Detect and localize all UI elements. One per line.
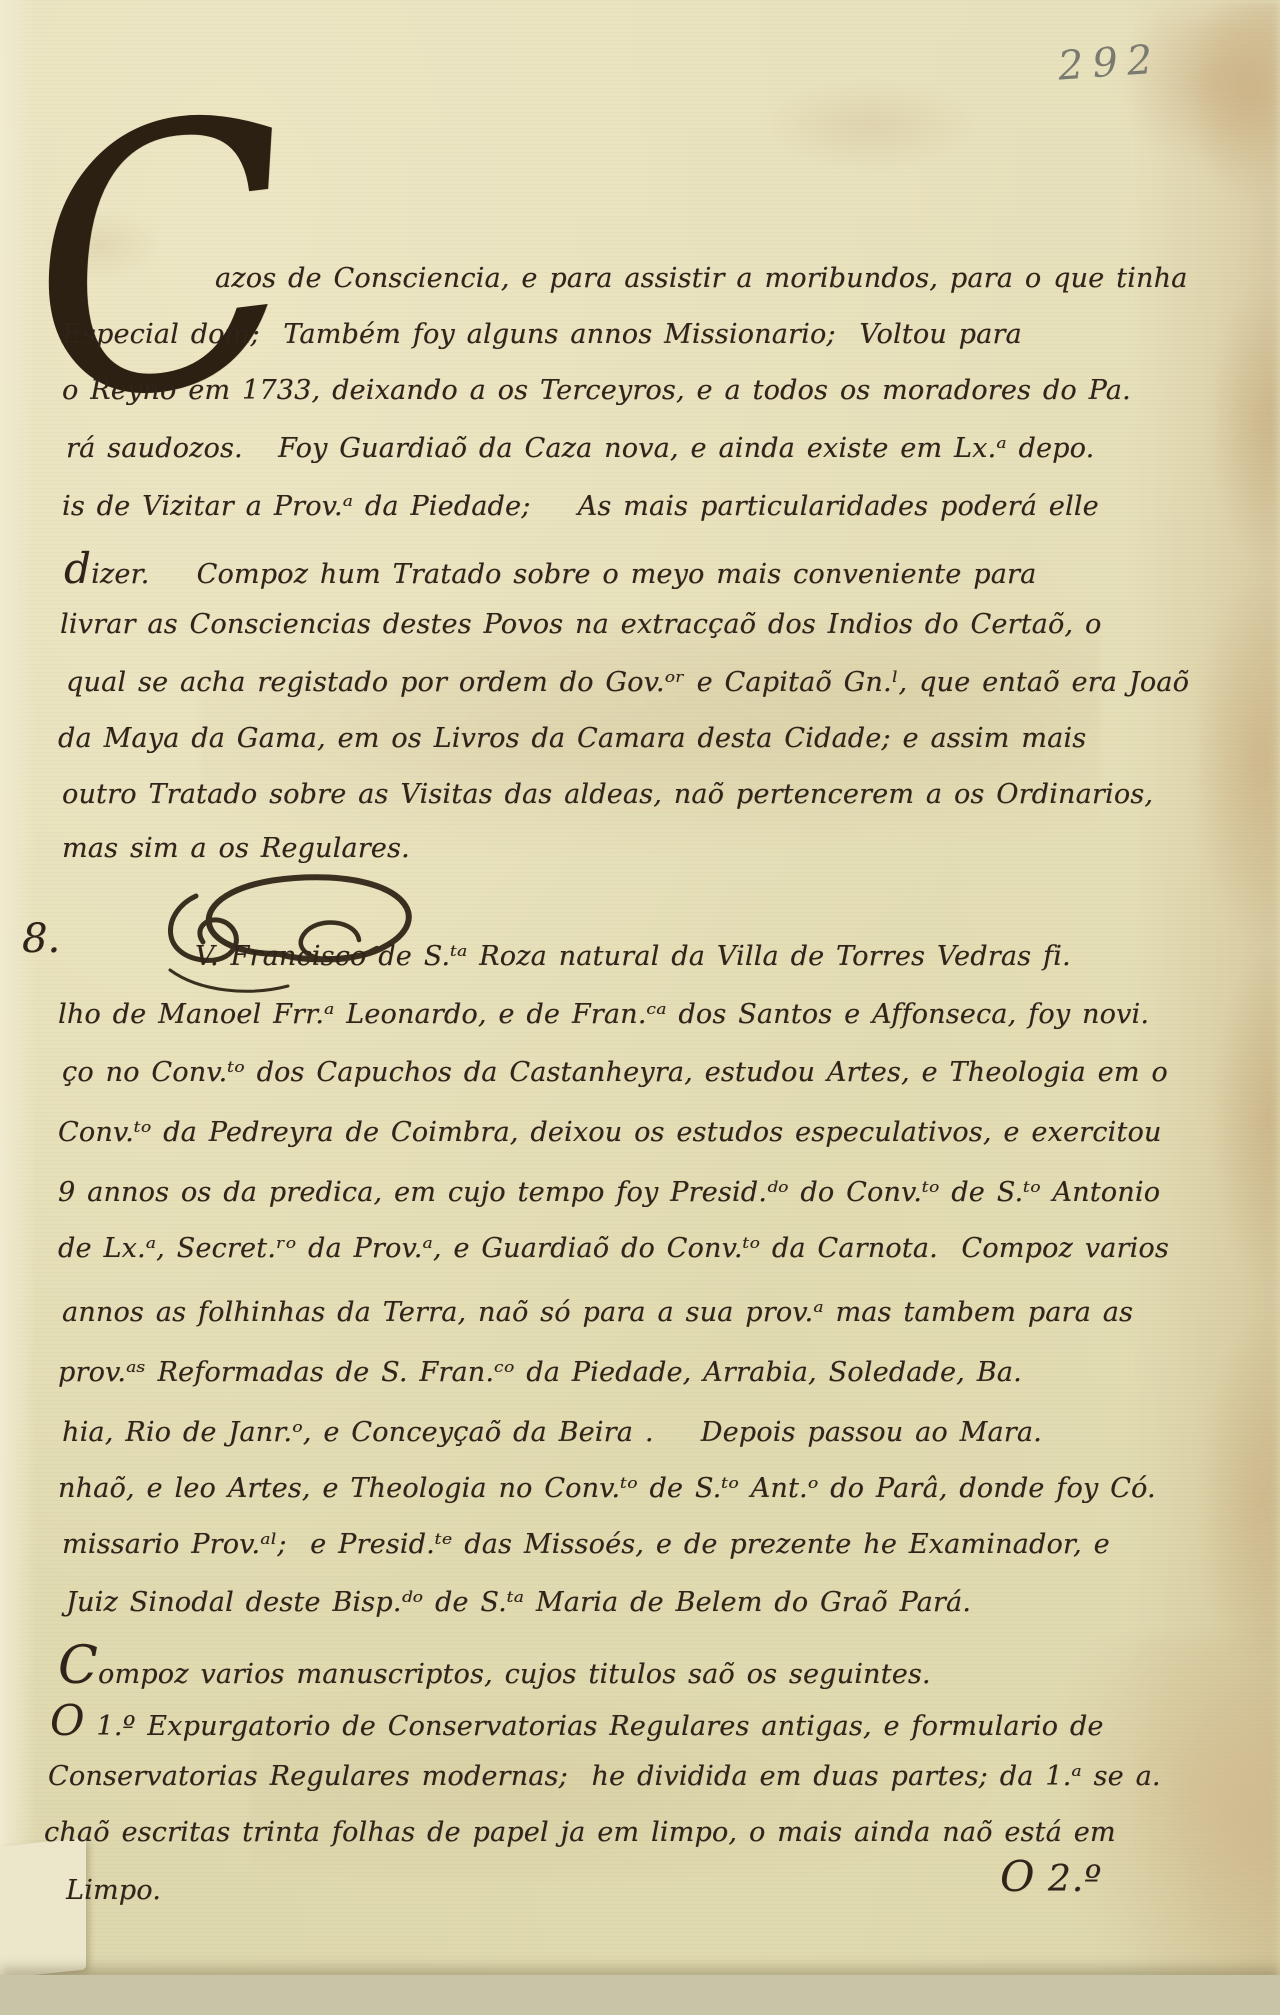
margin-entry-number: 8. xyxy=(22,916,60,962)
manuscript-line: Conv.ᵗᵒ da Pedreyra de Coimbra, deixou o… xyxy=(58,1116,1162,1150)
folio-number: 292 xyxy=(1057,36,1163,89)
manuscript-line: lho de Manoel Frr.ᵃ Leonardo, e de Fran.… xyxy=(58,998,1149,1032)
manuscript-line: V. Francisco de S.ᵗᵃ Roza natural da Vil… xyxy=(195,940,1071,974)
manuscript-line: Juiz Sinodal deste Bisp.ᵈᵒ de S.ᵗᵃ Maria… xyxy=(66,1586,971,1620)
manuscript-line: ço no Conv.ᵗᵒ dos Capuchos da Castanheyr… xyxy=(62,1056,1168,1090)
calligraphic-flourish xyxy=(130,858,450,1008)
manuscript-line: Especial dom; Também foy alguns annos Mi… xyxy=(62,318,1022,352)
manuscript-line: qual se acha registado por ordem do Gov.… xyxy=(66,666,1189,700)
paper-gutter-edge xyxy=(0,0,36,2015)
manuscript-line: 9 annos os da predica, em cujo tempo foy… xyxy=(58,1176,1160,1210)
manuscript-line: de Lx.ᵃ, Secret.ʳᵒ da Prov.ᵃ, e Guardiaõ… xyxy=(58,1232,1169,1266)
paper-deckle-edge xyxy=(1130,0,1280,2015)
manuscript-line: Conservatorias Regulares modernas; he di… xyxy=(48,1760,1161,1794)
manuscript-line: o Reyno em 1733, deixando a os Terceyros… xyxy=(62,374,1131,408)
manuscript-line: annos as folhinhas da Terra, naõ só para… xyxy=(62,1296,1133,1330)
manuscript-line: chaõ escritas trinta folhas de papel ja … xyxy=(44,1816,1116,1850)
manuscript-line: Compoz varios manuscriptos, cujos titulo… xyxy=(58,1640,931,1692)
manuscript-scan: 292 C azos de Consciencia, e para assist… xyxy=(0,0,1280,2015)
surface-below-page xyxy=(0,1975,1280,2015)
catchword: O 2.º xyxy=(1000,1856,1102,1900)
manuscript-line: dizer. Compoz hum Tratado sobre o meyo m… xyxy=(64,548,1036,592)
manuscript-line: rá saudozos. Foy Guardiaõ da Caza nova, … xyxy=(66,432,1094,466)
manuscript-line: missario Prov.ᵃˡ; e Presid.ᵗᵉ das Missoé… xyxy=(62,1528,1110,1562)
manuscript-line: nhaõ, e leo Artes, e Theologia no Conv.ᵗ… xyxy=(58,1472,1156,1506)
page-corner-fold xyxy=(0,1837,86,1978)
manuscript-line: azos de Consciencia, e para assistir a m… xyxy=(215,262,1187,296)
manuscript-line: O 1.º Expurgatorio de Conservatorias Reg… xyxy=(50,1700,1104,1744)
manuscript-line: is de Vizitar a Prov.ᵃ da Piedade; As ma… xyxy=(62,490,1099,524)
manuscript-line: Limpo. xyxy=(66,1874,161,1908)
manuscript-line: da Maya da Gama, em os Livros da Camara … xyxy=(58,722,1086,756)
manuscript-line: prov.ᵃˢ Reformadas de S. Fran.ᶜᵒ da Pied… xyxy=(58,1356,1022,1390)
manuscript-line: outro Tratado sobre as Visitas das aldea… xyxy=(62,778,1153,812)
manuscript-line: hia, Rio de Janr.ᵒ, e Conceyçaõ da Beira… xyxy=(62,1416,1042,1450)
manuscript-line: livrar as Consciencias destes Povos na e… xyxy=(60,608,1101,642)
